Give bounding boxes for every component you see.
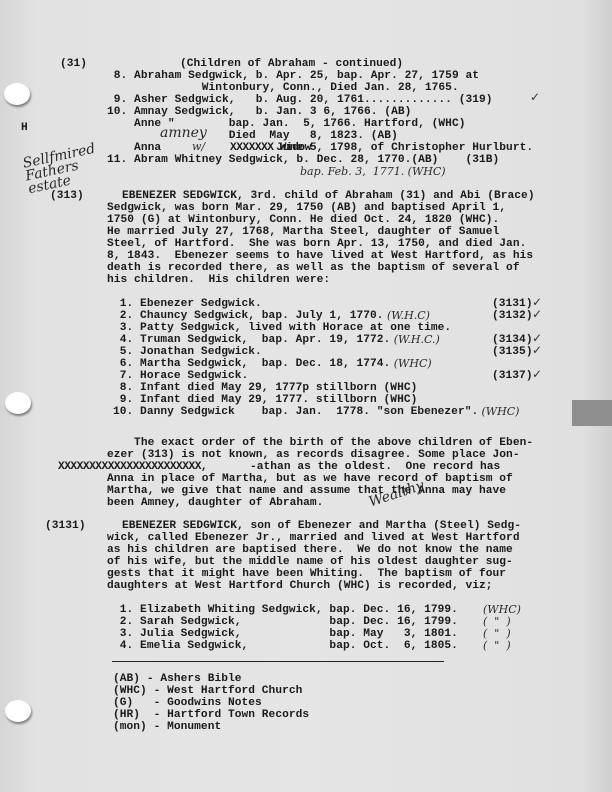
check-mark-icon: ✓ xyxy=(532,367,542,381)
list-item: 6. Martha Sedgwick, bap. Dec. 18, 1774. xyxy=(113,358,390,370)
paragraph-line: been Amney, daughter of Abraham. xyxy=(107,497,323,509)
paragraph-line: Martha, we give that name and assume tha… xyxy=(107,485,506,497)
cross-reference: (3137) xyxy=(492,370,533,382)
paragraph-line: He married July 27, 1768, Martha Steel, … xyxy=(107,226,499,238)
divider xyxy=(112,661,444,663)
list-item: 1. Ebenezer Sedgwick. xyxy=(113,298,262,310)
struck-out-text: XXXXXXXXXXXXXXXXXXXXXXX, xyxy=(58,461,207,473)
paragraph-line: The exact order of the birth of the abov… xyxy=(107,437,533,449)
paragraph-line: daughters at West Hartford Church (WHC) … xyxy=(107,580,493,592)
page-title: (Children of Abraham - continued) xyxy=(180,58,403,70)
section-ref: (313) xyxy=(50,190,84,202)
paragraph-line: EBENEZER SEDGWICK, 3rd. child of Abraham… xyxy=(122,190,535,202)
index-tab xyxy=(572,400,612,426)
paragraph-line: Steel, of Hartford. She was born Apr. 13… xyxy=(107,238,526,250)
paragraph-line: death is recorded there, as well as the … xyxy=(107,262,520,274)
list-item: 2. Sarah Sedgwick, bap. Dec. 16, 1799. xyxy=(113,616,458,628)
paragraph-line: ezer (313) is not known, as records disa… xyxy=(107,449,520,461)
check-mark-icon: ✓ xyxy=(532,307,542,321)
paragraph-line: 8, 1843. Ebenezer seems to have lived at… xyxy=(107,250,533,262)
child-line: 10. Amnay Sedgwick, b. Jan. 3 6, 1766. (… xyxy=(107,106,411,118)
list-item: 7. Horace Sedgwick. xyxy=(113,370,248,382)
paragraph-line: -athan as the oldest. One record has xyxy=(250,461,500,473)
list-item: 3. Julia Sedgwick, bap. May 3, 1801. xyxy=(113,628,458,640)
section-ref: (31) xyxy=(60,58,87,70)
handwritten-note: (W.H.C) xyxy=(387,309,430,322)
paragraph-line: 1750 (G) at Wintonbury, Conn. He died Oc… xyxy=(107,214,499,226)
child-line: Wintonbury, Conn., Died Jan. 28, 1765. xyxy=(107,82,459,94)
cross-reference: (3131) xyxy=(492,298,533,310)
list-item: 10. Danny Sedgwick bap. Jan. 1778. "son … xyxy=(113,406,478,418)
handwritten-note: (W.H.C.) xyxy=(394,333,440,346)
paragraph-line: wick, called Ebenezer Jr., married and l… xyxy=(107,532,520,544)
paragraph-line: Sedgwick, was born Mar. 29, 1750 (AB) an… xyxy=(107,202,506,214)
legend-item: (HR) - Hartford Town Records xyxy=(113,709,309,721)
cross-reference: (3134) xyxy=(492,334,533,346)
legend-item: (WHC) - West Hartford Church xyxy=(113,685,302,697)
check-mark-icon: ✓ xyxy=(530,90,540,104)
list-item: 2. Chauncy Sedgwick, bap. July 1, 1770. xyxy=(113,310,384,322)
list-item: 1. Elizabeth Whiting Sedgwick, bap. Dec.… xyxy=(113,604,458,616)
paragraph-line: his children. His children were: xyxy=(107,274,330,286)
list-item: 4. Emelia Sedgwick, bap. Oct. 6, 1805. xyxy=(113,640,458,652)
struck-out-text: XXXXXXX Widow xyxy=(230,142,311,154)
punch-hole xyxy=(5,392,31,414)
handwritten-amney: amney xyxy=(160,125,207,141)
punch-hole xyxy=(4,83,30,105)
list-item: 9. Infant died May 29, 1777. stillborn (… xyxy=(113,394,417,406)
list-item: 4. Truman Sedgwick, bap. Apr. 19, 1772. xyxy=(113,334,390,346)
handwritten-note: (WHC) xyxy=(394,357,432,370)
child-line: 9. Asher Sedgwick, b. Aug. 20, 1761.....… xyxy=(107,94,493,106)
paragraph-line: Anna in place of Martha, but as we have … xyxy=(107,473,513,485)
cross-reference: (3132) xyxy=(492,310,533,322)
paragraph-line: EBENEZER SEDGWICK, son of Ebenezer and M… xyxy=(122,520,521,532)
legend-item: (G) - Goodwins Notes xyxy=(113,697,262,709)
handwritten-baptism: bap. Feb. 3, 1771. (WHC) xyxy=(300,165,446,178)
handwritten-note: ( " ) xyxy=(483,639,511,652)
child-line: 8. Abraham Sedgwick, b. Apr. 25, bap. Ap… xyxy=(107,70,479,82)
punch-hole xyxy=(5,700,31,722)
margin-h: H xyxy=(21,122,28,134)
handwritten-note: (WHC) xyxy=(482,405,520,418)
check-mark-icon: ✓ xyxy=(532,343,542,357)
legend-item: (mon) - Monument xyxy=(113,721,221,733)
paragraph-line: as his children are baptised there. We d… xyxy=(107,544,513,556)
paragraph-line: gests that it might have been Whiting. T… xyxy=(107,568,506,580)
paragraph-line: of his wife, but the middle name of his … xyxy=(107,556,513,568)
section-ref: (3131) xyxy=(45,520,86,532)
handwritten-note: w/ xyxy=(192,140,205,153)
cross-reference: (3135) xyxy=(492,346,533,358)
list-item: 8. Infant died May 29, 1777p stillborn (… xyxy=(113,382,417,394)
child-line: Anna June 5, 1798, of Christopher Hurlbu… xyxy=(107,142,533,154)
margin-handwritten-note: Sellfmired Fathers estate xyxy=(22,143,102,196)
legend-item: (AB) - Ashers Bible xyxy=(113,673,242,685)
document-page: (31) (Children of Abraham - continued) 8… xyxy=(0,0,612,792)
child-line: Died May 8, 1823. (AB) xyxy=(107,130,398,142)
list-item: 5. Jonathan Sedgwick. xyxy=(113,346,262,358)
